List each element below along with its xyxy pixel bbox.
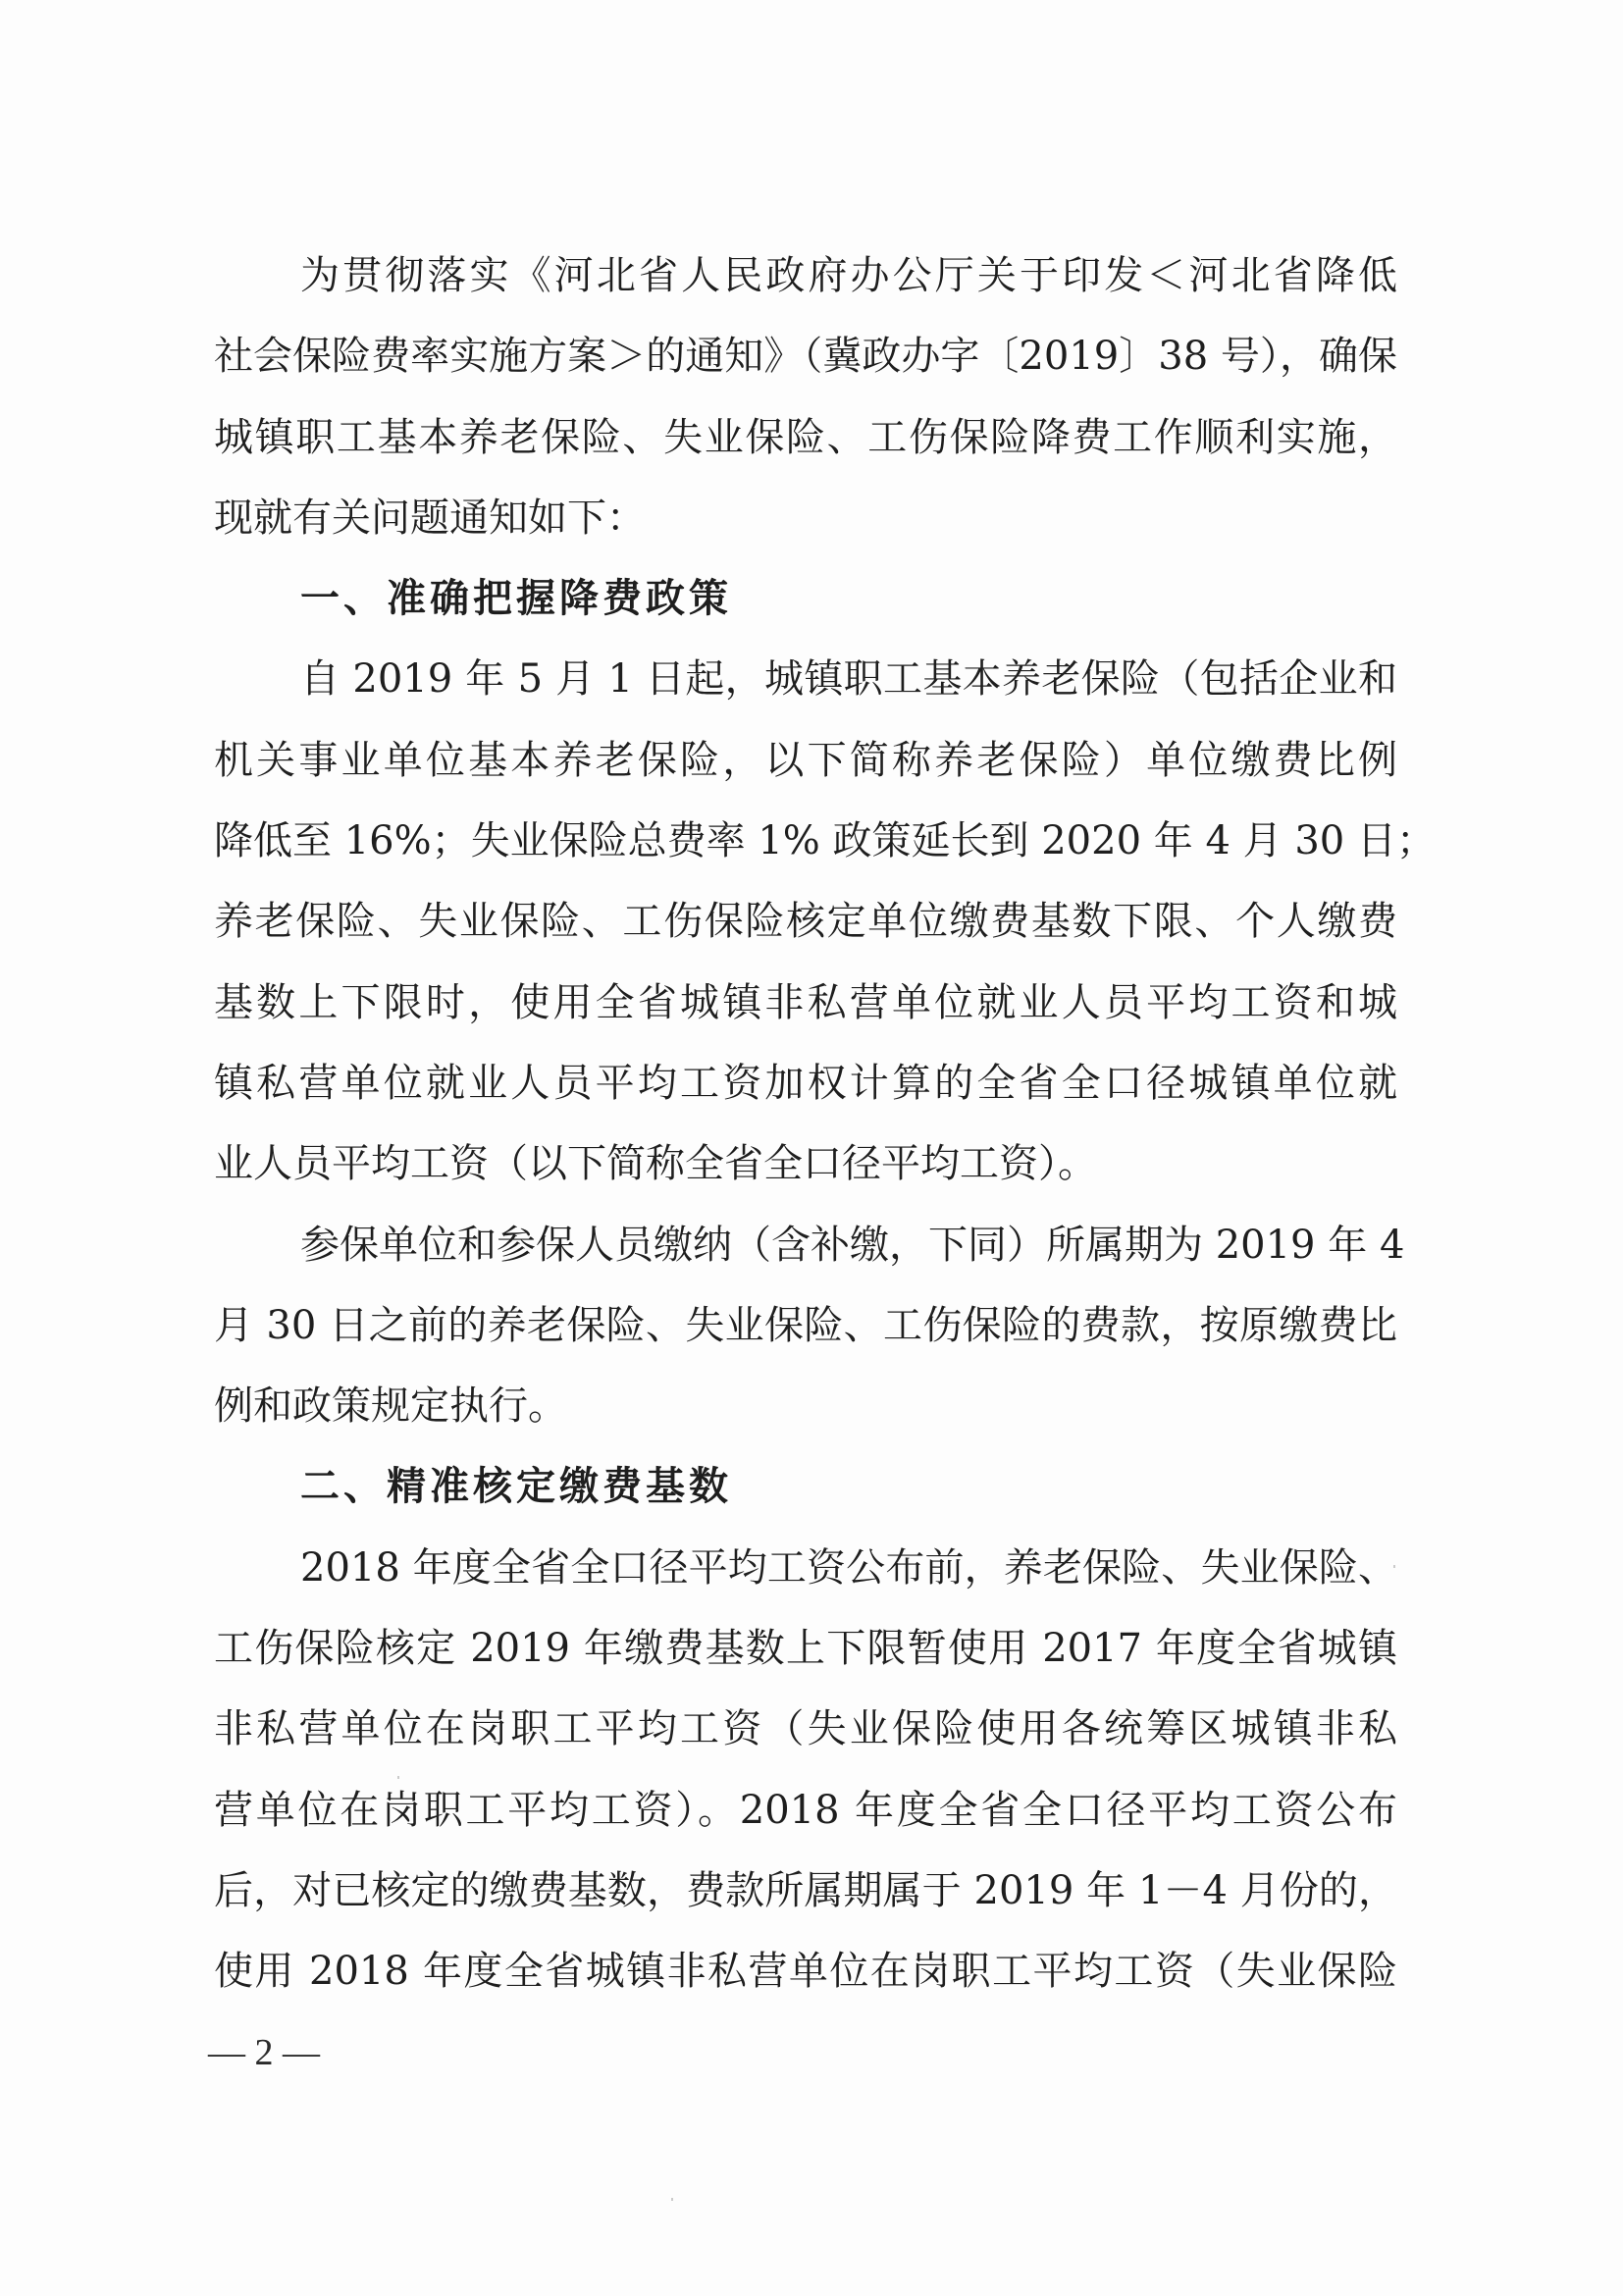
section2-paragraph1-line-3: 非私营单位在岗职工平均工资（失业保险使用各统筹区城镇非私	[214, 1706, 1397, 1787]
section1-paragraph1-line-5: 基数上下限时，使用全省城镇非私营单位就业人员平均工资和城	[214, 980, 1397, 1061]
page-number: — 2 —	[208, 2031, 320, 2074]
section2-paragraph1-line-2: 工伤保险核定 2019 年缴费基数上下限暂使用 2017 年度全省城镇	[214, 1626, 1397, 1706]
section1-paragraph1-line-6: 镇私营单位就业人员平均工资加权计算的全省全口径城镇单位就	[214, 1061, 1397, 1141]
intro-paragraph-line-2: 社会保险费率实施方案＞的通知》（冀政办字〔2019〕38 号），确保	[214, 334, 1397, 414]
section1-paragraph2-line-2: 月 30 日之前的养老保险、失业保险、工伤保险的费款，按原缴费比	[214, 1303, 1397, 1383]
section2-paragraph1-line-5: 后，对已核定的缴费基数，费款所属期属于 2019 年 1－4 月份的，	[214, 1868, 1397, 1949]
section1-paragraph1-line-7: 业人员平均工资（以下简称全省全口径平均工资）。	[214, 1141, 1397, 1222]
section1-paragraph2-line-3: 例和政策规定执行。	[214, 1383, 1397, 1464]
intro-paragraph-line-4: 现就有关问题通知如下：	[214, 496, 1397, 576]
intro-paragraph-line-1: 为贯彻落实《河北省人民政府办公厅关于印发＜河北省降低	[214, 253, 1397, 334]
section1-paragraph1-line-3: 降低至 16%；失业保险总费率 1% 政策延长到 2020 年 4 月 30 日…	[214, 818, 1397, 899]
scan-speck	[671, 2198, 673, 2201]
section2-paragraph1-line-6: 使用 2018 年度全省城镇非私营单位在岗职工平均工资（失业保险	[214, 1949, 1397, 2029]
section1-paragraph2-line-1: 参保单位和参保人员缴纳（含补缴，下同）所属期为 2019 年 4	[214, 1223, 1397, 1303]
section1-paragraph1-line-4: 养老保险、失业保险、工伤保险核定单位缴费基数下限、个人缴费	[214, 899, 1397, 979]
section2-paragraph1-line-4: 营单位在岗职工平均工资）。2018 年度全省全口径平均工资公布	[214, 1788, 1397, 1868]
section-heading-2: 二、精准核定缴费基数	[214, 1464, 1397, 1544]
scan-speck	[1393, 1565, 1395, 1568]
section1-paragraph1-line-1: 自 2019 年 5 月 1 日起，城镇职工基本养老保险（包括企业和	[214, 656, 1397, 737]
document-body: 为贯彻落实《河北省人民政府办公厅关于印发＜河北省降低 社会保险费率实施方案＞的通…	[214, 253, 1397, 2030]
document-page: 为贯彻落实《河北省人民政府办公厅关于印发＜河北省降低 社会保险费率实施方案＞的通…	[0, 0, 1623, 2296]
intro-paragraph-line-3: 城镇职工基本养老保险、失业保险、工伤保险降费工作顺利实施，	[214, 415, 1397, 496]
section1-paragraph1-line-2: 机关事业单位基本养老保险，以下简称养老保险）单位缴费比例	[214, 738, 1397, 818]
scan-speck	[397, 1776, 399, 1779]
section-heading-1: 一、准确把握降费政策	[214, 576, 1397, 656]
section2-paragraph1-line-1: 2018 年度全省全口径平均工资公布前，养老保险、失业保险、	[214, 1545, 1397, 1626]
